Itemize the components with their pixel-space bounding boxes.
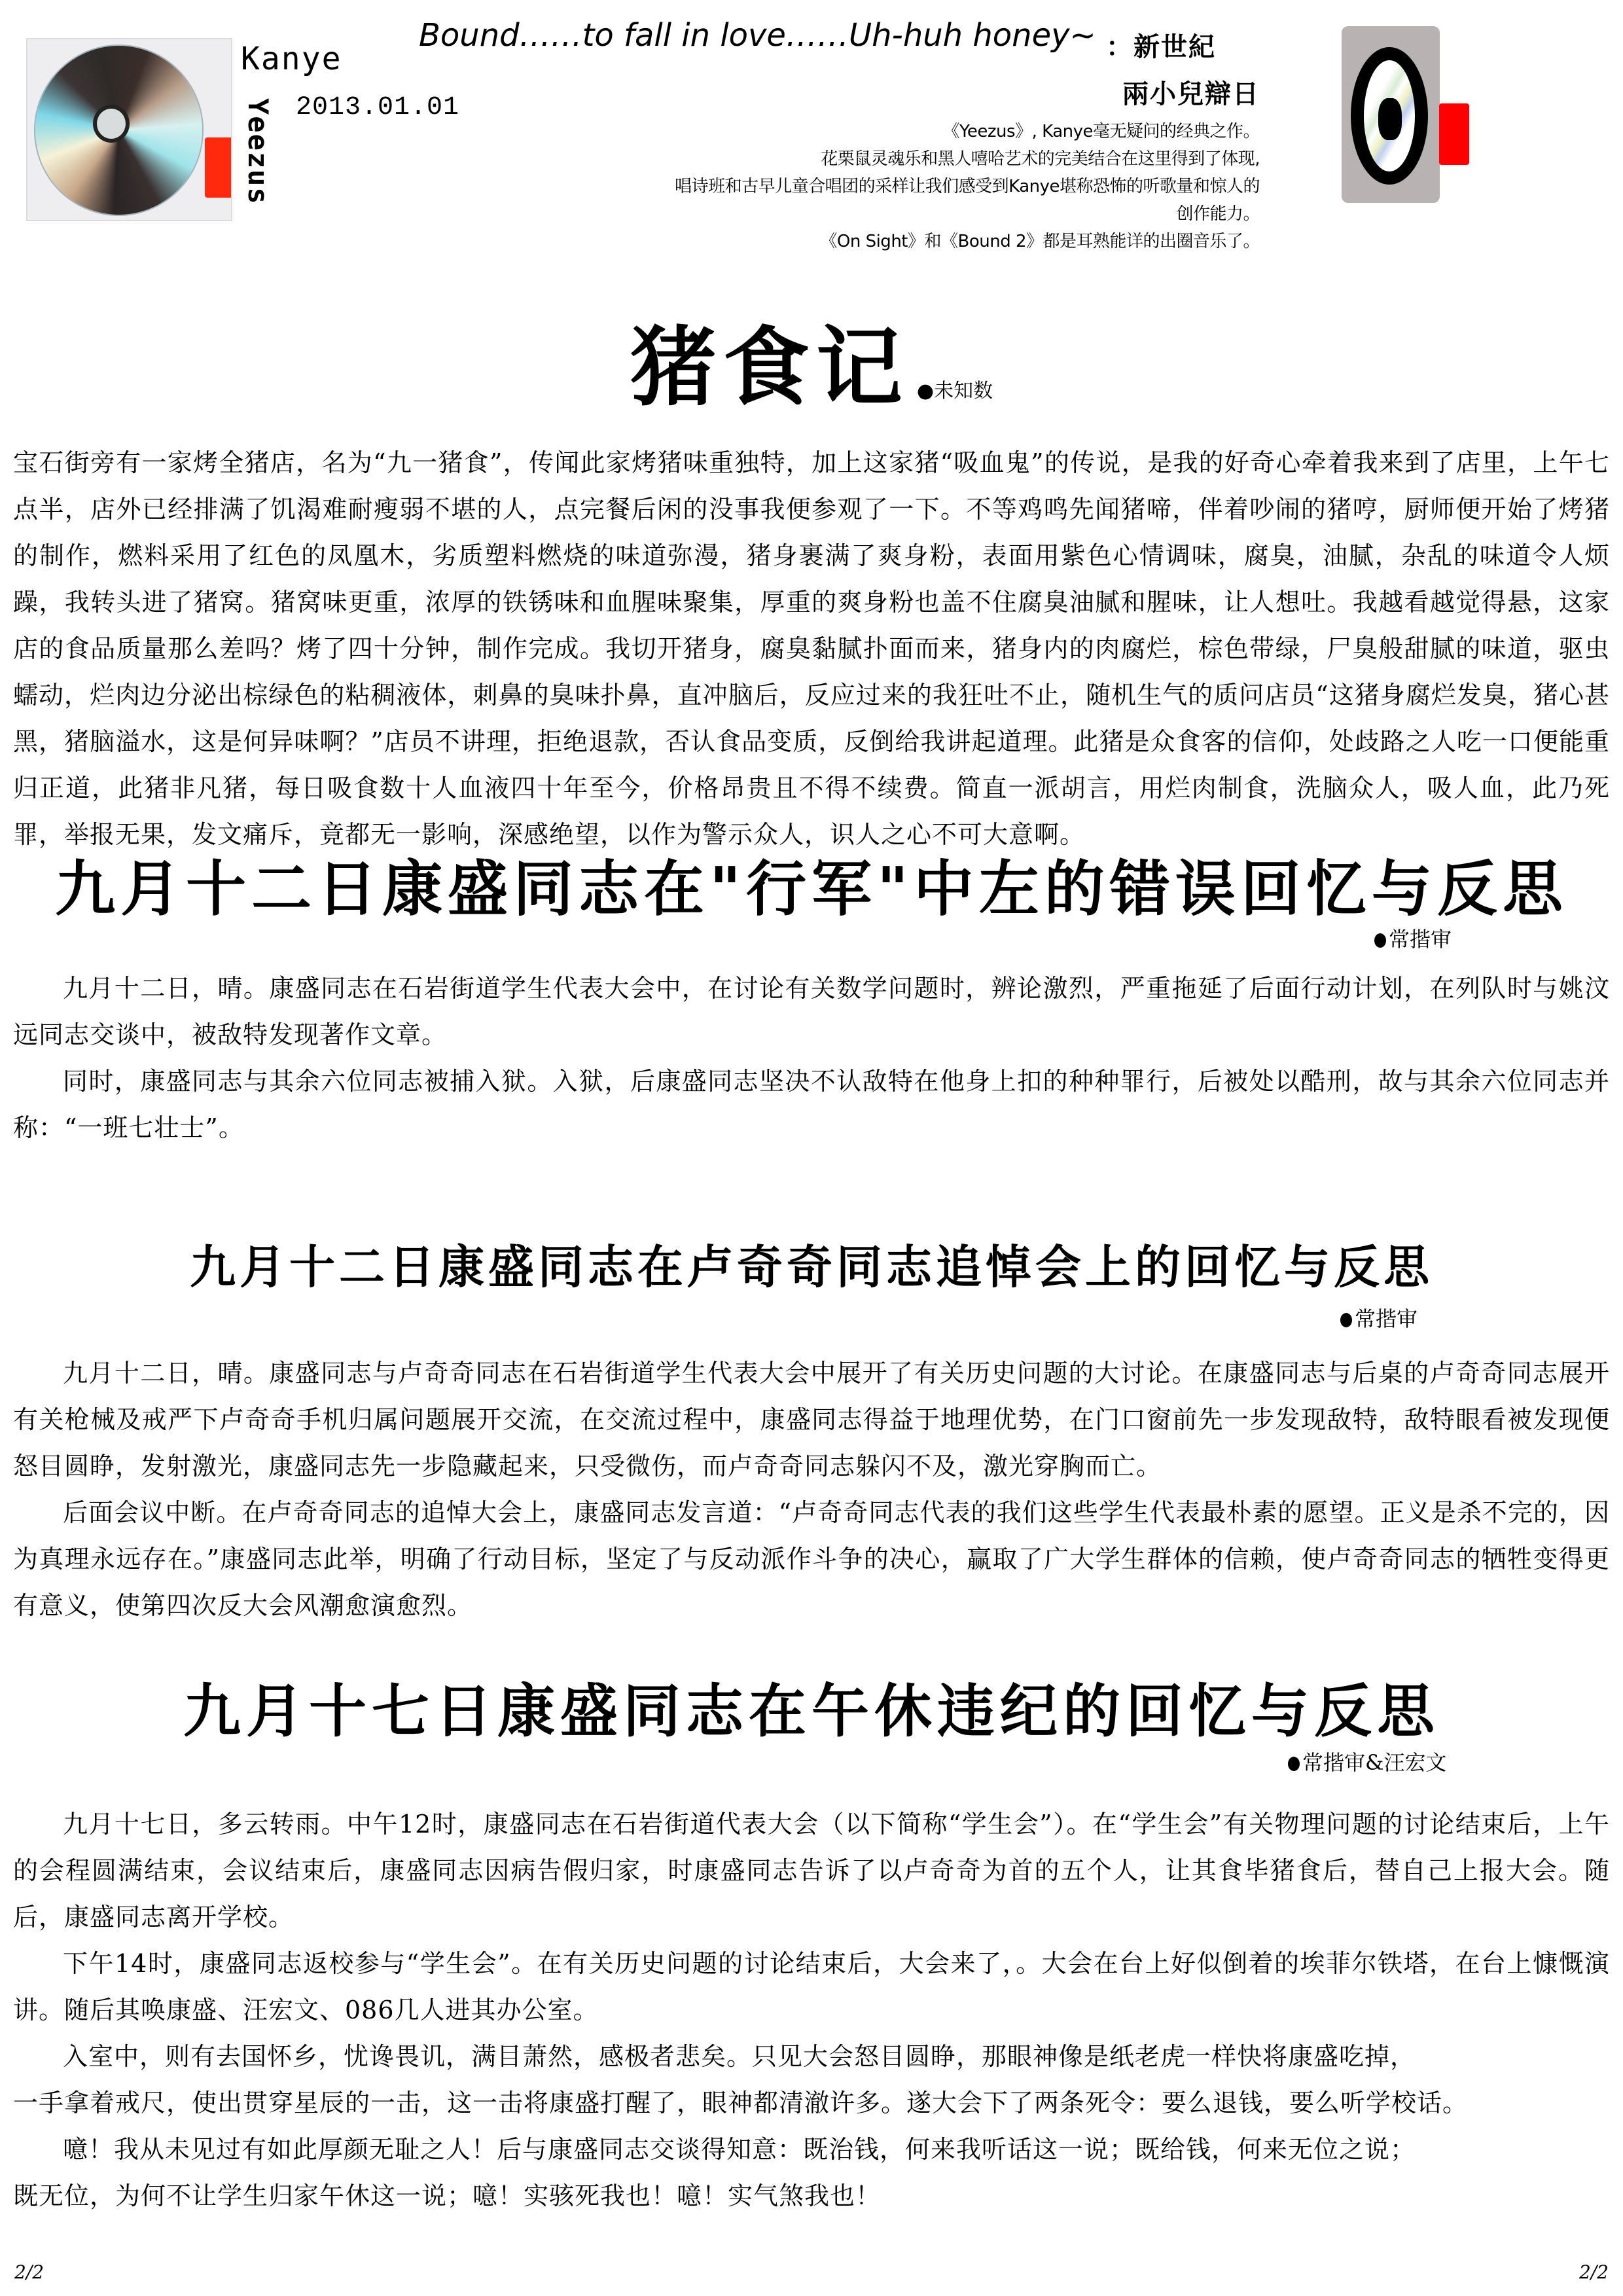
lyric-line: Bound……to fall in love……Uh-huh honey~ <box>419 17 1096 54</box>
bullet-dot-icon <box>1374 933 1386 948</box>
article-title-text: 猪食记 <box>630 317 909 418</box>
article-author: 常揩审 <box>1340 1302 1418 1333</box>
article-body: 宝石街旁有一家烤全猪店，名为“九一猪食”，传闻此家烤猪味重独特，加上这家猪“吸血… <box>13 440 1610 858</box>
article-body: 九月十七日，多云转雨。中午12时，康盛同志在石岩街道代表大会（以下简称“学生会”… <box>13 1801 1610 2219</box>
cd-hub-graphic <box>93 105 130 143</box>
review-line: 《Yeezus》, Kanye毫无疑问的经典之作。 <box>671 118 1260 145</box>
paragraph: 后面会议中断。在卢奇奇同志的追悼大会上，康盛同志发言道：“卢奇奇同志代表的我们这… <box>13 1490 1610 1629</box>
red-tape-graphic <box>205 137 231 198</box>
article-body: 九月十二日，晴。康盛同志在石岩街道学生代表大会中，在讨论有关数学问题时，辨论激烈… <box>13 965 1610 1151</box>
article-title: 九月十七日康盛同志在午休违纪的回忆与反思 <box>0 1666 1623 1748</box>
author-name: 未知数 <box>934 380 993 403</box>
drawn-red-tape-graphic <box>1439 103 1469 165</box>
paragraph: 九月十二日，晴。康盛同志与卢奇奇同志在石岩街道学生代表大会中展开了有关历史问题的… <box>13 1350 1610 1490</box>
paragraph: 入室中，则有去国怀乡，忧谗畏讥，满目萧然，感极者悲矣。只见大会怒目圆睁，那眼神像… <box>13 2034 1610 2080</box>
album-review: 《Yeezus》, Kanye毫无疑问的经典之作。 花栗鼠灵魂乐和黑人嘻哈艺术的… <box>671 118 1260 255</box>
article-body: 九月十二日，晴。康盛同志与卢奇奇同志在石岩街道学生代表大会中展开了有关历史问题的… <box>13 1350 1610 1629</box>
author-name: 常揩审&汪宏文 <box>1302 1750 1447 1775</box>
page-number-left: 2/2 <box>14 2261 44 2283</box>
hand-drawn-cd-icon <box>1342 26 1440 203</box>
artist-name: Kanye <box>241 41 342 77</box>
bullet-dot-icon: ● <box>917 380 934 403</box>
bullet-dot-icon <box>1288 1757 1300 1771</box>
paragraph: 九月十七日，多云转雨。中午12时，康盛同志在石岩街道代表大会（以下简称“学生会”… <box>13 1801 1610 1941</box>
release-date: 2013.01.01 <box>296 93 459 122</box>
newsletter-header: Kanye Yeezus 2013.01.01 Bound……to fall i… <box>0 0 1623 249</box>
column-title-line1: ：新世紀 <box>1106 26 1216 63</box>
article-title: 猪食记●未知数 <box>0 298 1623 422</box>
bullet-dot-icon <box>1340 1313 1352 1327</box>
article-author: 常揩审 <box>1374 923 1452 953</box>
review-line: 唱诗班和古早儿童合唱团的采样让我们感受到Kanye堪称恐怖的听歌量和惊人的创作能… <box>671 173 1260 228</box>
drawn-hub-graphic <box>1378 98 1402 140</box>
author-name: 常揩审 <box>1389 927 1452 952</box>
paragraph: 宝石街旁有一家烤全猪店，名为“九一猪食”，传闻此家烤猪味重独特，加上这家猪“吸血… <box>13 440 1610 858</box>
author-name: 常揩审 <box>1355 1306 1418 1331</box>
column-title-line2: 兩小兒辯日 <box>1122 73 1260 111</box>
article-author: ●未知数 <box>917 380 993 403</box>
article-title: 九月十二日康盛同志在卢奇奇同志追悼会上的回忆与反思 <box>0 1230 1623 1297</box>
page-number-right: 2/2 <box>1579 2261 1609 2283</box>
paragraph: 下午14时，康盛同志返校参与“学生会”。在有关历史问题的讨论结束后，大会来了，。… <box>13 1941 1610 2034</box>
paragraph: 一手拿着戒尺，使出贯穿星辰的一击，这一击将康盛打醒了，眼神都清澈许多。遂大会下了… <box>13 2080 1610 2126</box>
paragraph: 同时，康盛同志与其余六位同志被捕入狱。入狱，后康盛同志坚决不认敌特在他身上扣的种… <box>13 1058 1610 1151</box>
album-name-vertical: Yeezus <box>242 98 274 206</box>
paragraph: 噫！我从未见过有如此厚颜无耻之人！后与康盛同志交谈得知意：既治钱，何来我听话这一… <box>13 2126 1610 2173</box>
review-line: 花栗鼠灵魂乐和黑人嘻哈艺术的完美结合在这里得到了体现, <box>671 145 1260 173</box>
album-cover-cd-icon <box>26 38 232 221</box>
review-line: 《On Sight》和《Bound 2》都是耳熟能详的出圈音乐了。 <box>671 228 1260 255</box>
paragraph: 既无位，为何不让学生归家午休这一说；噫！实骇死我也！噫！实气煞我也！ <box>13 2173 1610 2219</box>
paragraph: 九月十二日，晴。康盛同志在石岩街道学生代表大会中，在讨论有关数学问题时，辨论激烈… <box>13 965 1610 1058</box>
article-author: 常揩审&汪宏文 <box>1288 1746 1447 1776</box>
article-title: 九月十二日康盛同志在"行军"中左的错误回忆与反思 <box>0 841 1623 927</box>
